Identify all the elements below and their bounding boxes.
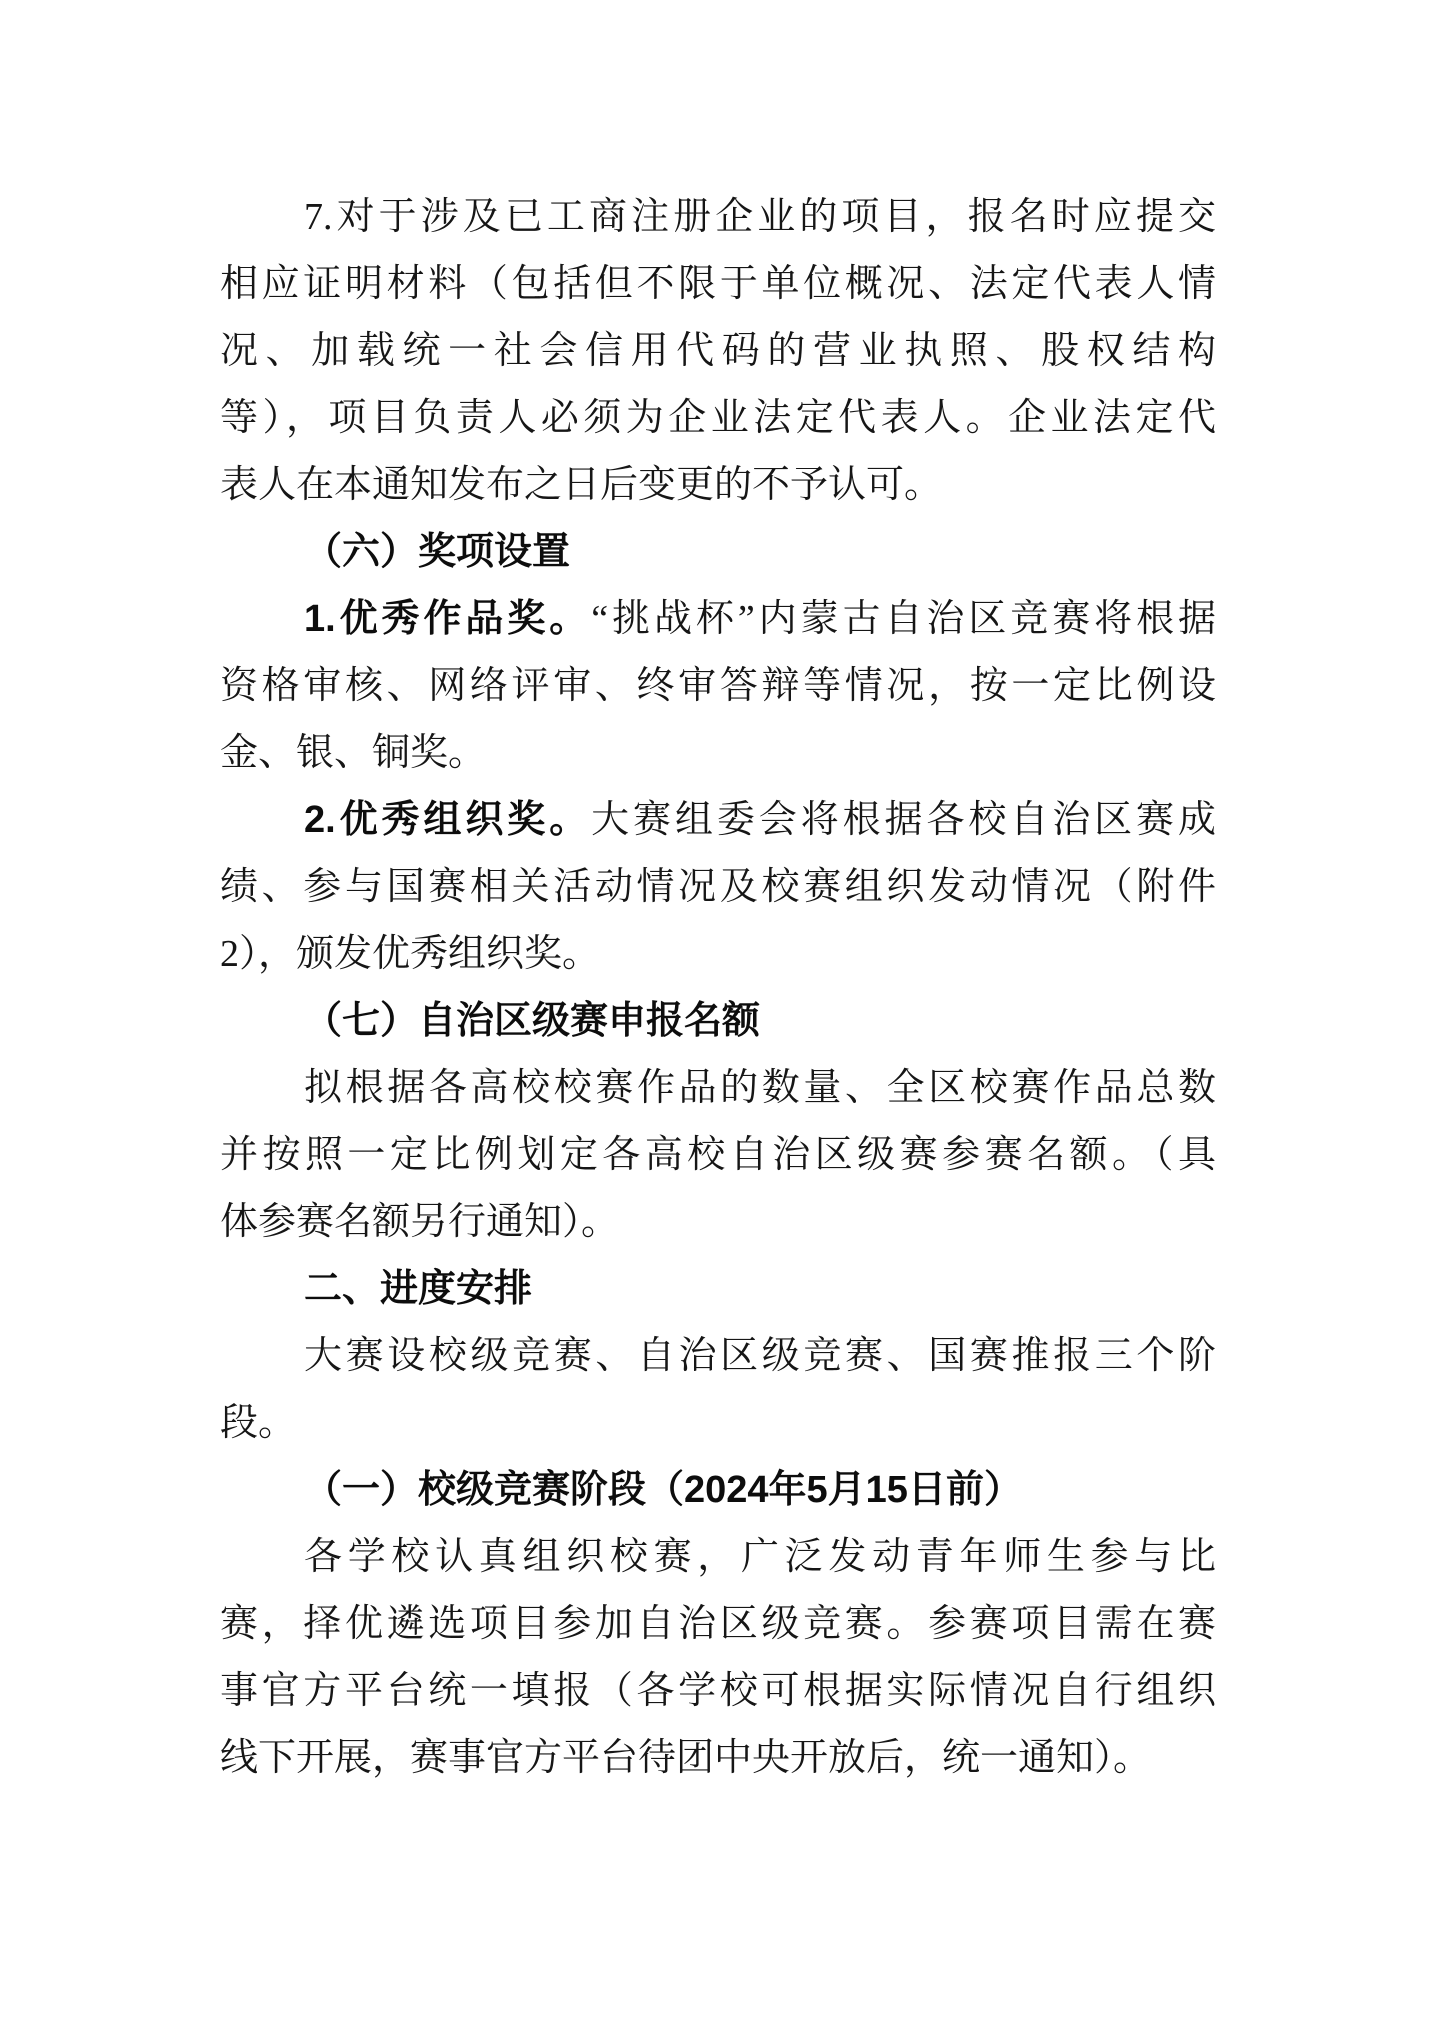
text-run: 2），颁发优秀组织奖。: [220, 933, 600, 975]
text-line: 况、加载统一社会信用代码的营业执照、股权结构: [220, 318, 1216, 385]
text-run: 各学校认真组织校赛，广泛发动青年师生参与比: [304, 1536, 1216, 1578]
text-line: 等），项目负责人必须为企业法定代表人。企业法定代: [220, 385, 1216, 452]
text-run: 线下开展，赛事官方平台待团中央开放后，统一通知）。: [220, 1737, 1151, 1779]
text-run: 并按照一定比例划定各高校自治区级赛参赛名额。（具: [220, 1134, 1216, 1176]
text-run: 表人在本通知发布之日后变更的不予认可。: [220, 464, 942, 506]
text-line: 资格审核、网络评审、终审答辩等情况，按一定比例设: [220, 653, 1216, 720]
text-line: 2），颁发优秀组织奖。: [220, 921, 1216, 988]
text-line: 体参赛名额另行通知）。: [220, 1189, 1216, 1256]
body-paragraph: 大赛设校级竞赛、自治区级竞赛、国赛推报三个阶段。: [220, 1323, 1216, 1457]
bold-text-run: （一）校级竞赛阶段（2024年5月15日前）: [304, 1469, 1022, 1511]
text-line: （七）自治区级赛申报名额: [220, 988, 1216, 1055]
section-heading: （六）奖项设置: [220, 519, 1216, 586]
text-run: 相应证明材料（包括但不限于单位概况、法定代表人情: [220, 263, 1216, 305]
bold-text-run: 二、进度安排: [304, 1268, 532, 1310]
text-line: 拟根据各高校校赛作品的数量、全区校赛作品总数: [220, 1055, 1216, 1122]
text-line: 线下开展，赛事官方平台待团中央开放后，统一通知）。: [220, 1725, 1216, 1792]
text-line: 段。: [220, 1390, 1216, 1457]
body-paragraph: 1.优秀作品奖。“挑战杯”内蒙古自治区竞赛将根据资格审核、网络评审、终审答辩等情…: [220, 586, 1216, 787]
text-run: 资格审核、网络评审、终审答辩等情况，按一定比例设: [220, 665, 1216, 707]
text-line: （六）奖项设置: [220, 519, 1216, 586]
text-line: 表人在本通知发布之日后变更的不予认可。: [220, 452, 1216, 519]
text-line: 1.优秀作品奖。“挑战杯”内蒙古自治区竞赛将根据: [220, 586, 1216, 653]
document-text-block: 7.对于涉及已工商注册企业的项目，报名时应提交相应证明材料（包括但不限于单位概况…: [220, 0, 1216, 1792]
text-run: 赛，择优遴选项目参加自治区级竞赛。参赛项目需在赛: [220, 1603, 1216, 1645]
text-run: 事官方平台统一填报（各学校可根据实际情况自行组织: [220, 1670, 1216, 1712]
text-line: 各学校认真组织校赛，广泛发动青年师生参与比: [220, 1524, 1216, 1591]
section-heading: 二、进度安排: [220, 1256, 1216, 1323]
section-heading: （一）校级竞赛阶段（2024年5月15日前）: [220, 1457, 1216, 1524]
text-run: 体参赛名额另行通知）。: [220, 1201, 619, 1243]
text-line: 金、银、铜奖。: [220, 720, 1216, 787]
text-run: 拟根据各高校校赛作品的数量、全区校赛作品总数: [304, 1067, 1216, 1109]
text-run: 大赛设校级竞赛、自治区级竞赛、国赛推报三个阶: [304, 1335, 1216, 1377]
body-paragraph: 2.优秀组织奖。大赛组委会将根据各校自治区赛成绩、参与国赛相关活动情况及校赛组织…: [220, 787, 1216, 988]
body-paragraph: 各学校认真组织校赛，广泛发动青年师生参与比赛，择优遴选项目参加自治区级竞赛。参赛…: [220, 1524, 1216, 1792]
text-line: 事官方平台统一填报（各学校可根据实际情况自行组织: [220, 1658, 1216, 1725]
text-run: 金、银、铜奖。: [220, 732, 486, 774]
body-paragraph: 7.对于涉及已工商注册企业的项目，报名时应提交相应证明材料（包括但不限于单位概况…: [220, 184, 1216, 519]
text-run: 等），项目负责人必须为企业法定代表人。企业法定代: [220, 397, 1216, 439]
text-line: 并按照一定比例划定各高校自治区级赛参赛名额。（具: [220, 1122, 1216, 1189]
text-line: （一）校级竞赛阶段（2024年5月15日前）: [220, 1457, 1216, 1524]
text-line: 7.对于涉及已工商注册企业的项目，报名时应提交: [220, 184, 1216, 251]
text-run: 况、加载统一社会信用代码的营业执照、股权结构: [220, 330, 1216, 372]
text-run: 段。: [220, 1402, 296, 1444]
body-paragraph: 拟根据各高校校赛作品的数量、全区校赛作品总数并按照一定比例划定各高校自治区级赛参…: [220, 1055, 1216, 1256]
text-line: 相应证明材料（包括但不限于单位概况、法定代表人情: [220, 251, 1216, 318]
text-line: 绩、参与国赛相关活动情况及校赛组织发动情况（附件: [220, 854, 1216, 921]
bold-text-run: （六）奖项设置: [304, 531, 570, 573]
text-run: “挑战杯”内蒙古自治区竞赛将根据: [591, 598, 1216, 640]
bold-text-run: （七）自治区级赛申报名额: [304, 1000, 760, 1042]
text-line: 2.优秀组织奖。大赛组委会将根据各校自治区赛成: [220, 787, 1216, 854]
text-line: 二、进度安排: [220, 1256, 1216, 1323]
text-run: 大赛组委会将根据各校自治区赛成: [591, 799, 1216, 841]
section-heading: （七）自治区级赛申报名额: [220, 988, 1216, 1055]
bold-text-run: 1.优秀作品奖。: [304, 598, 591, 640]
text-run: 7.对于涉及已工商注册企业的项目，报名时应提交: [304, 196, 1216, 238]
document-page: 7.对于涉及已工商注册企业的项目，报名时应提交相应证明材料（包括但不限于单位概况…: [0, 0, 1440, 2037]
text-line: 赛，择优遴选项目参加自治区级竞赛。参赛项目需在赛: [220, 1591, 1216, 1658]
text-line: 大赛设校级竞赛、自治区级竞赛、国赛推报三个阶: [220, 1323, 1216, 1390]
bold-text-run: 2.优秀组织奖。: [304, 799, 591, 841]
text-run: 绩、参与国赛相关活动情况及校赛组织发动情况（附件: [220, 866, 1216, 908]
